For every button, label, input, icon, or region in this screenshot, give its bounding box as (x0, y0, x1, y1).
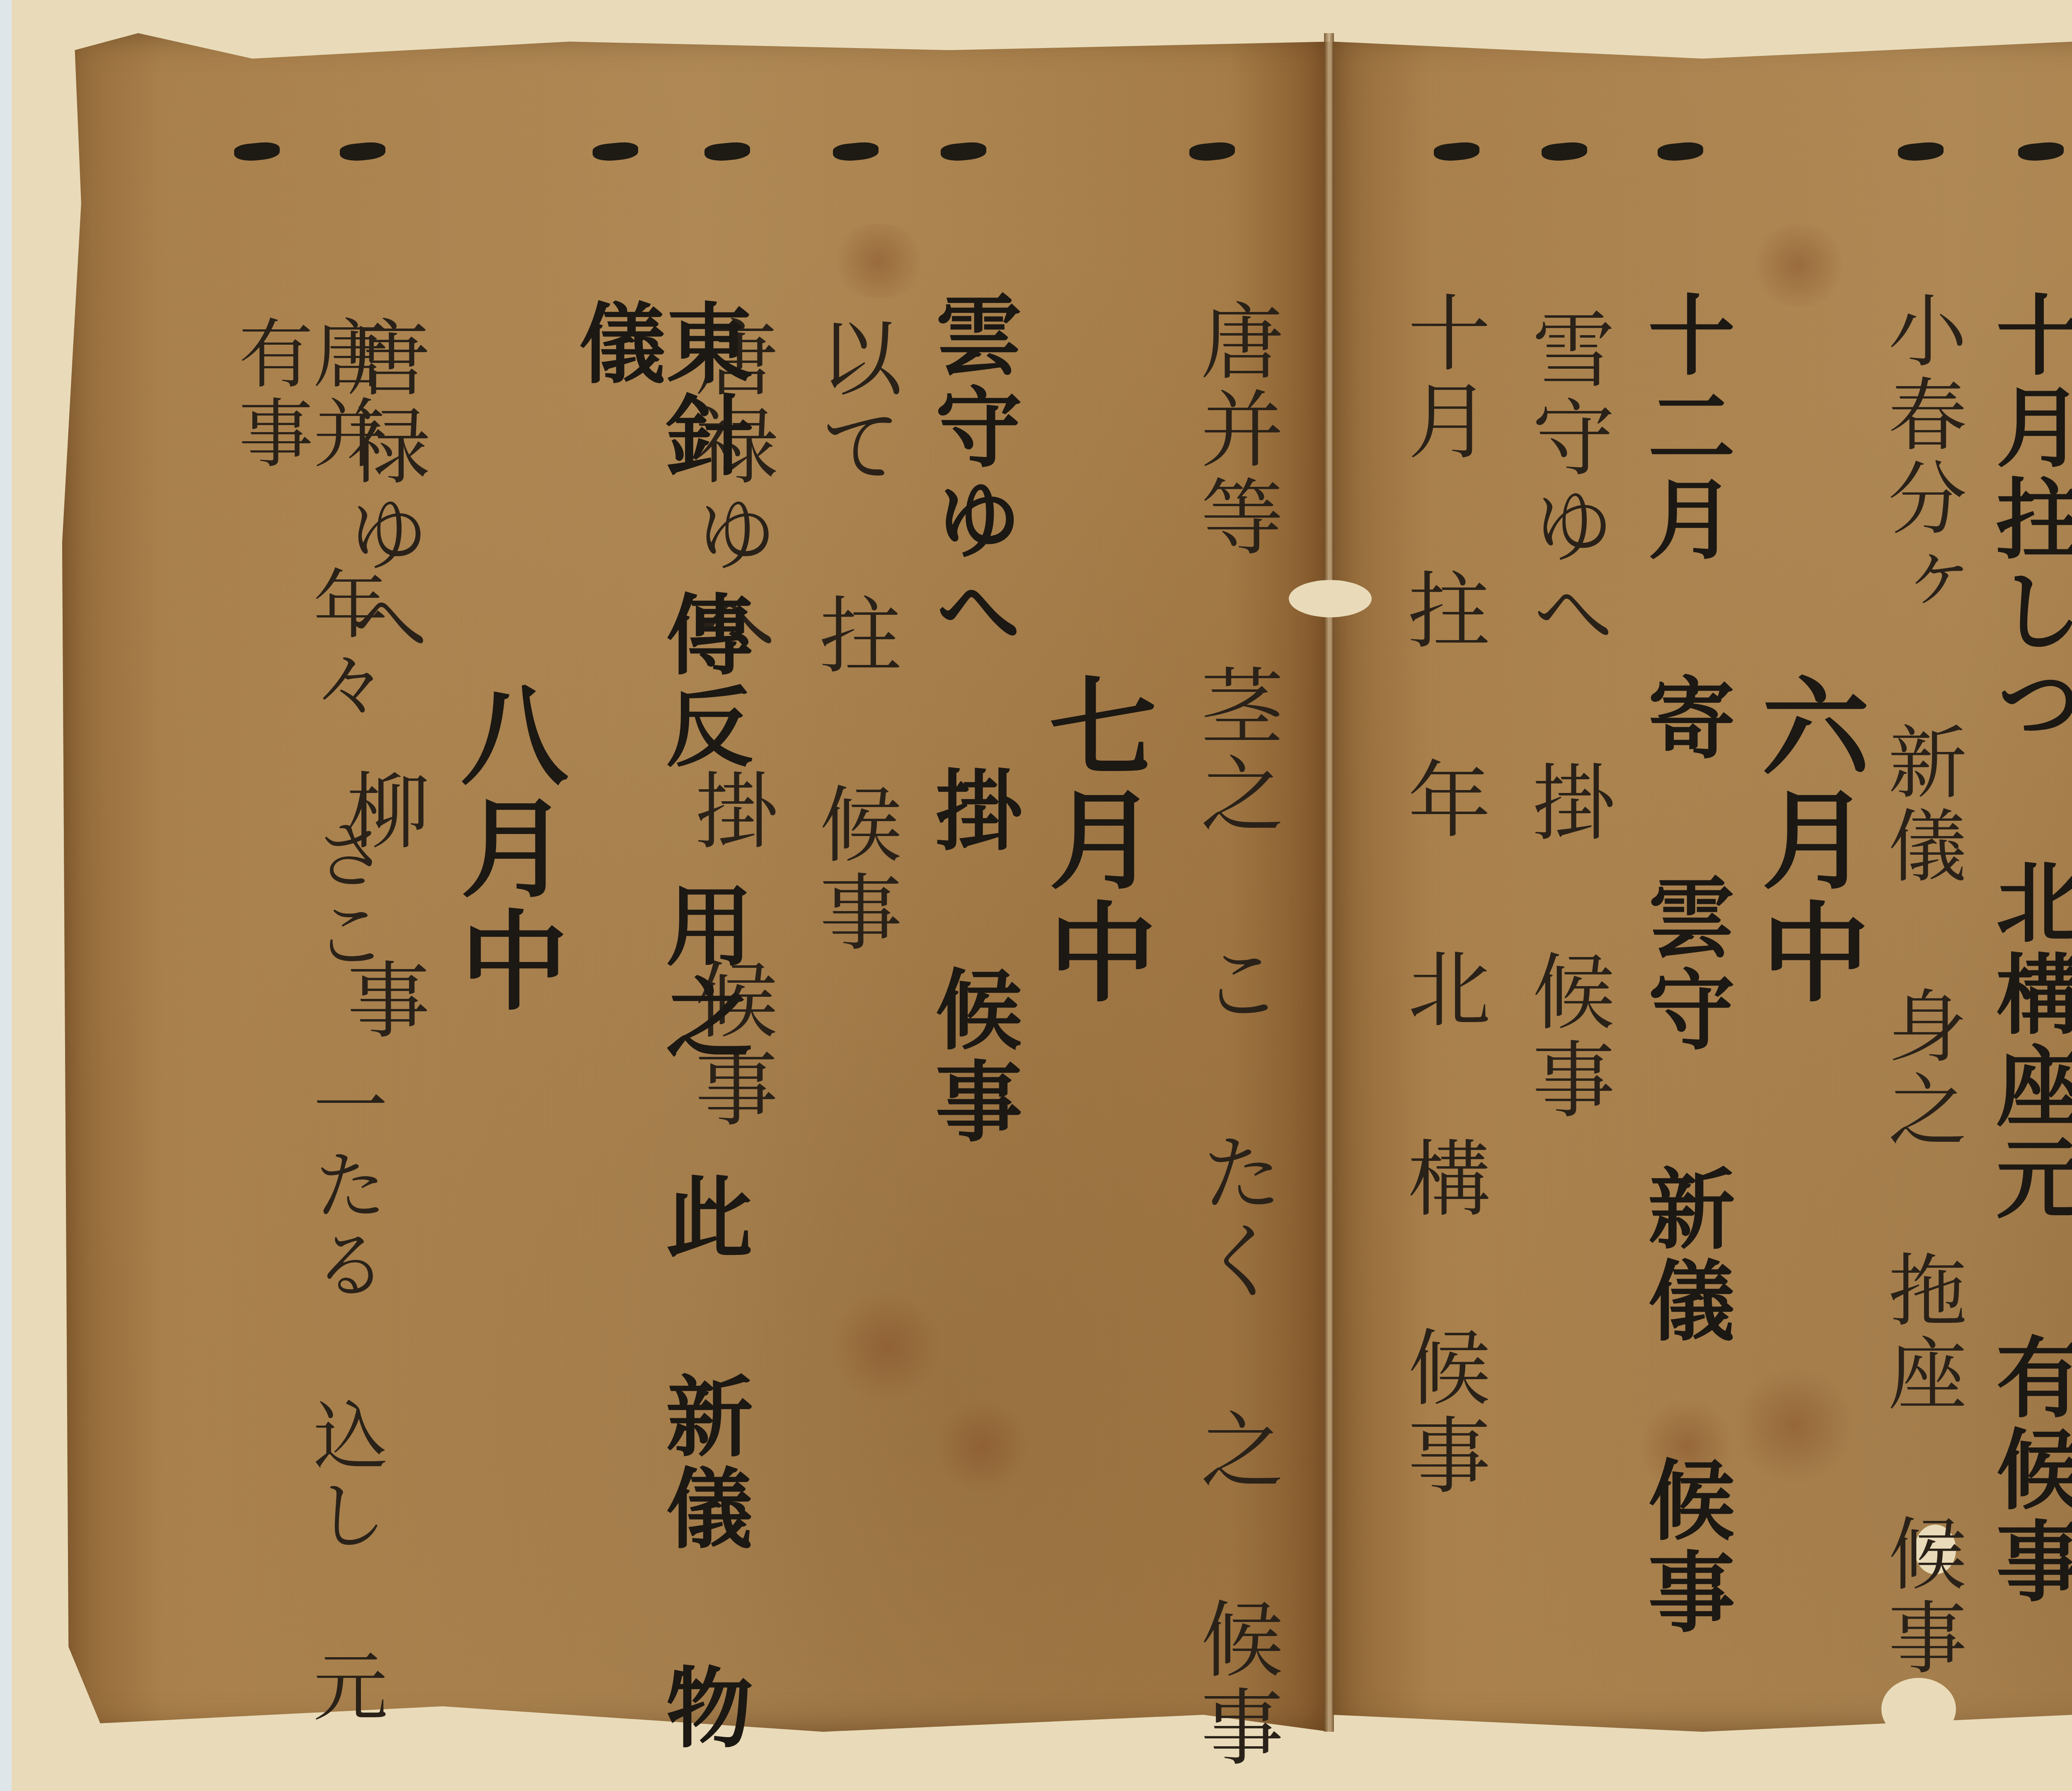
water-stain (1732, 1367, 1857, 1483)
text-column: 小春分ヶ 新儀 身之 拖座 候事 (1881, 290, 1960, 1680)
text-column: 唐并等 茎之 こ たく 之 候事 (1193, 298, 1276, 1772)
water-stain (829, 1293, 945, 1400)
month-heading: 七月中 (1040, 671, 1148, 1009)
paper-hole (1881, 1678, 1956, 1740)
water-stain (829, 224, 928, 298)
paper-hole (1289, 580, 1372, 617)
center-fold (1324, 33, 1334, 1732)
text-column: 雲守ゆへ 掛 候事 (928, 290, 1015, 1148)
scan-edge (0, 0, 12, 1791)
water-stain (1749, 224, 1848, 307)
text-column: 十月拄しつ 北構座元 有候事 (1989, 290, 2072, 1608)
month-heading: 八月中 (452, 679, 559, 1018)
text-column: 雪守ゆへ 掛 候事 (1525, 307, 1608, 1124)
water-stain (932, 1400, 1032, 1491)
text-column: 唐并 年々 さこ 一たる 込し 元 有事 (232, 315, 381, 1791)
text-column: 東針 傳反 用之 此 新儀 物儀 (572, 298, 746, 1791)
month-heading: 六月中 (1753, 671, 1861, 1009)
text-column: 以て 拄 候事 (812, 315, 895, 957)
text-column: 十二月 寄 雲守 新儀 候事 (1641, 290, 1728, 1639)
text-column: 十月 拄 年 北 構 候事 (1401, 290, 1484, 1500)
